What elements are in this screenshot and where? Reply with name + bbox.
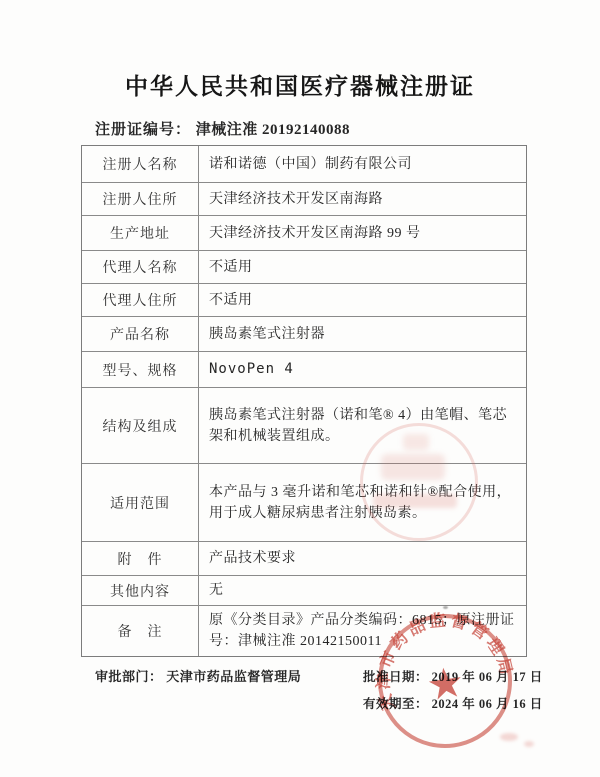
table-row: 代理人名称 不适用 — [82, 250, 526, 283]
row-label: 产品名称 — [82, 317, 199, 351]
row-value: 天津经济技术开发区南海路 99 号 — [199, 216, 526, 250]
approval-date-line: 批准日期： 2019 年 06 月 17 日 — [363, 664, 543, 691]
ink-speck — [500, 733, 518, 741]
valid-until-label: 有效期至： — [363, 697, 428, 711]
row-value: 无 — [199, 576, 526, 605]
table-row: 代理人住所 不适用 — [82, 283, 526, 316]
row-value: 本产品与 3 毫升诺和笔芯和诺和针®配合使用，用于成人糖尿病患者注射胰岛素。 — [199, 464, 526, 541]
page-title: 中华人民共和国医疗器械注册证 — [0, 68, 600, 101]
scan-speck — [443, 606, 448, 609]
date-block: 批准日期： 2019 年 06 月 17 日 有效期至： 2024 年 06 月… — [363, 664, 543, 718]
row-label: 注册人住所 — [82, 183, 199, 215]
registration-number-line: 注册证编号： 津械注准 20192140088 — [95, 118, 350, 139]
row-value: 产品技术要求 — [199, 542, 526, 575]
row-label: 适用范围 — [82, 464, 199, 541]
row-value: 胰岛素笔式注射器（诺和笔® 4）由笔帽、笔芯架和机械装置组成。 — [199, 388, 526, 463]
row-label: 备 注 — [82, 606, 199, 656]
approval-department-line: 审批部门： 天津市药品监督管理局 — [95, 666, 301, 685]
row-label: 代理人住所 — [82, 284, 199, 316]
row-label: 注册人名称 — [82, 146, 199, 182]
row-label: 代理人名称 — [82, 251, 199, 283]
registration-number-label: 注册证编号： — [95, 122, 191, 138]
table-row: 生产地址 天津经济技术开发区南海路 99 号 — [82, 215, 526, 250]
row-value: 胰岛素笔式注射器 — [199, 317, 526, 351]
row-label: 结构及组成 — [82, 388, 199, 463]
row-label: 生产地址 — [82, 216, 199, 250]
approval-date-value: 2019 年 06 月 17 日 — [432, 670, 543, 684]
table-row: 产品名称 胰岛素笔式注射器 — [82, 316, 526, 351]
registration-number-value: 津械注准 20192140088 — [196, 122, 350, 138]
certificate-page: 中华人民共和国医疗器械注册证 注册证编号： 津械注准 20192140088 注… — [0, 0, 600, 777]
row-value: 诺和诺德（中国）制药有限公司 — [199, 146, 526, 182]
table-row: 其他内容 无 — [82, 575, 526, 605]
row-value: 不适用 — [199, 251, 526, 283]
approval-department-value: 天津市药品监督管理局 — [166, 669, 301, 684]
row-label: 附 件 — [82, 542, 199, 575]
table-row: 备 注 原《分类目录》产品分类编码：6815；原注册证号：津械注准 201421… — [82, 605, 526, 656]
certificate-table: 注册人名称 诺和诺德（中国）制药有限公司 注册人住所 天津经济技术开发区南海路 … — [81, 145, 527, 657]
table-row: 注册人住所 天津经济技术开发区南海路 — [82, 182, 526, 215]
table-row: 附 件 产品技术要求 — [82, 541, 526, 575]
row-label: 其他内容 — [82, 576, 199, 605]
ink-speck — [524, 741, 534, 747]
valid-until-line: 有效期至： 2024 年 06 月 16 日 — [363, 691, 543, 718]
table-row: 型号、规格 NovoPen 4 — [82, 351, 526, 387]
table-row: 结构及组成 胰岛素笔式注射器（诺和笔® 4）由笔帽、笔芯架和机械装置组成。 — [82, 387, 526, 463]
approval-department-label: 审批部门： — [95, 669, 163, 684]
row-value: 天津经济技术开发区南海路 — [199, 183, 526, 215]
row-label: 型号、规格 — [82, 352, 199, 387]
table-row: 适用范围 本产品与 3 毫升诺和笔芯和诺和针®配合使用，用于成人糖尿病患者注射胰… — [82, 463, 526, 541]
valid-until-value: 2024 年 06 月 16 日 — [432, 697, 543, 711]
row-value: NovoPen 4 — [199, 352, 526, 387]
table-row: 注册人名称 诺和诺德（中国）制药有限公司 — [82, 146, 526, 182]
row-value: 原《分类目录》产品分类编码：6815；原注册证号：津械注准 2014215001… — [199, 606, 526, 656]
row-value: 不适用 — [199, 284, 526, 316]
approval-date-label: 批准日期： — [363, 670, 428, 684]
